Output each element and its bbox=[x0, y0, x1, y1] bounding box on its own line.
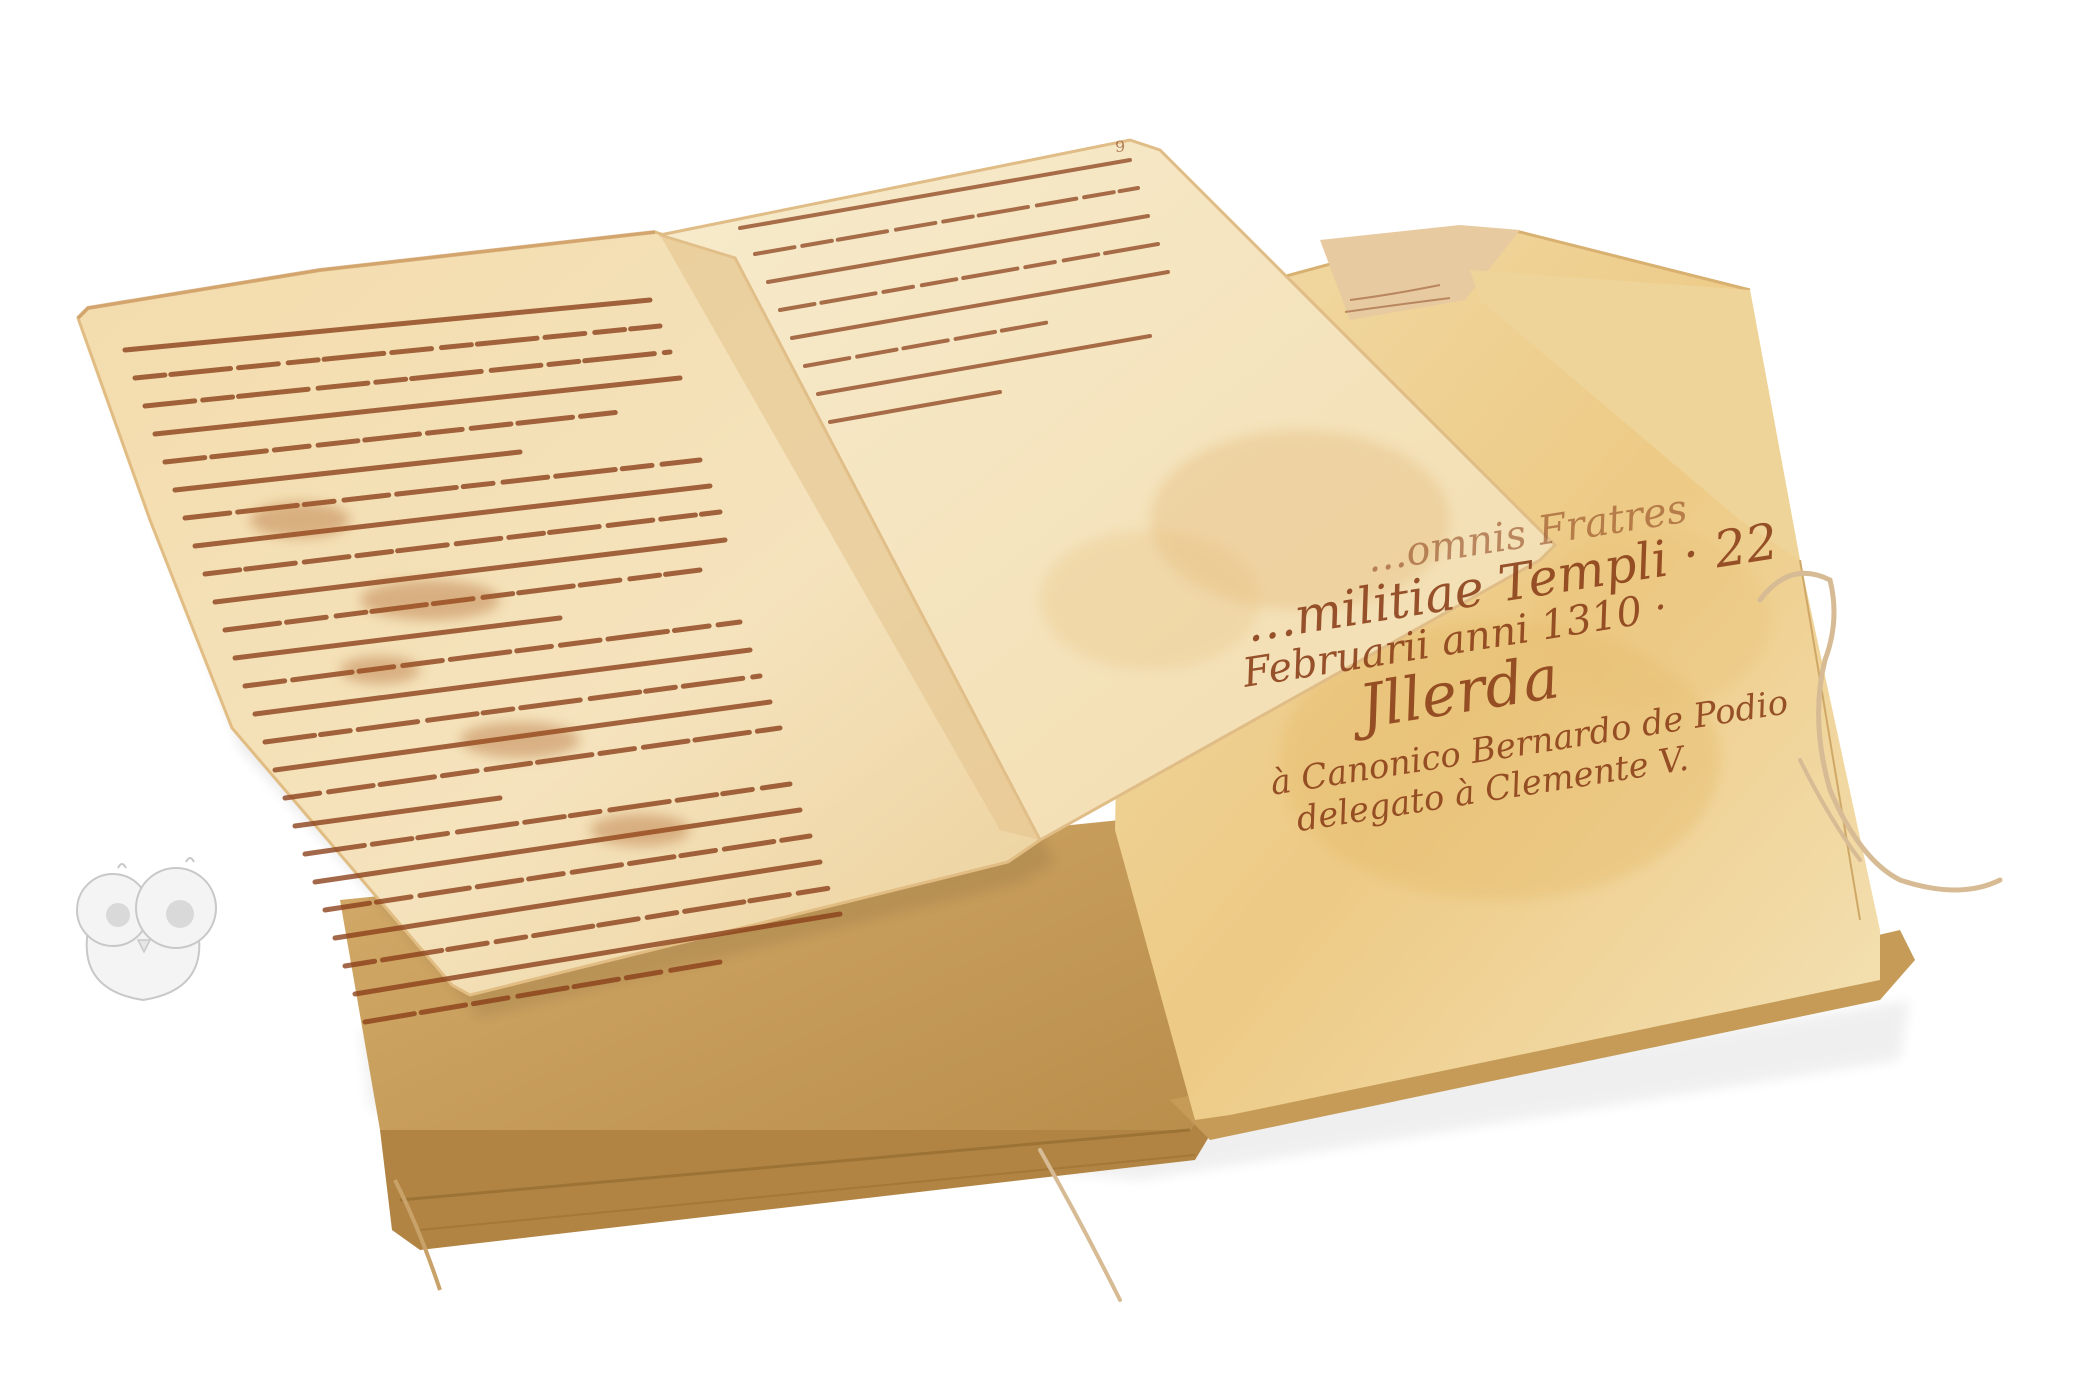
page-number: 9 bbox=[1115, 137, 1125, 156]
manuscript-photo: 9 …omnis Fratres …militiae Templi · 22 F… bbox=[0, 0, 2100, 1400]
owl-logo-icon bbox=[58, 840, 228, 1010]
